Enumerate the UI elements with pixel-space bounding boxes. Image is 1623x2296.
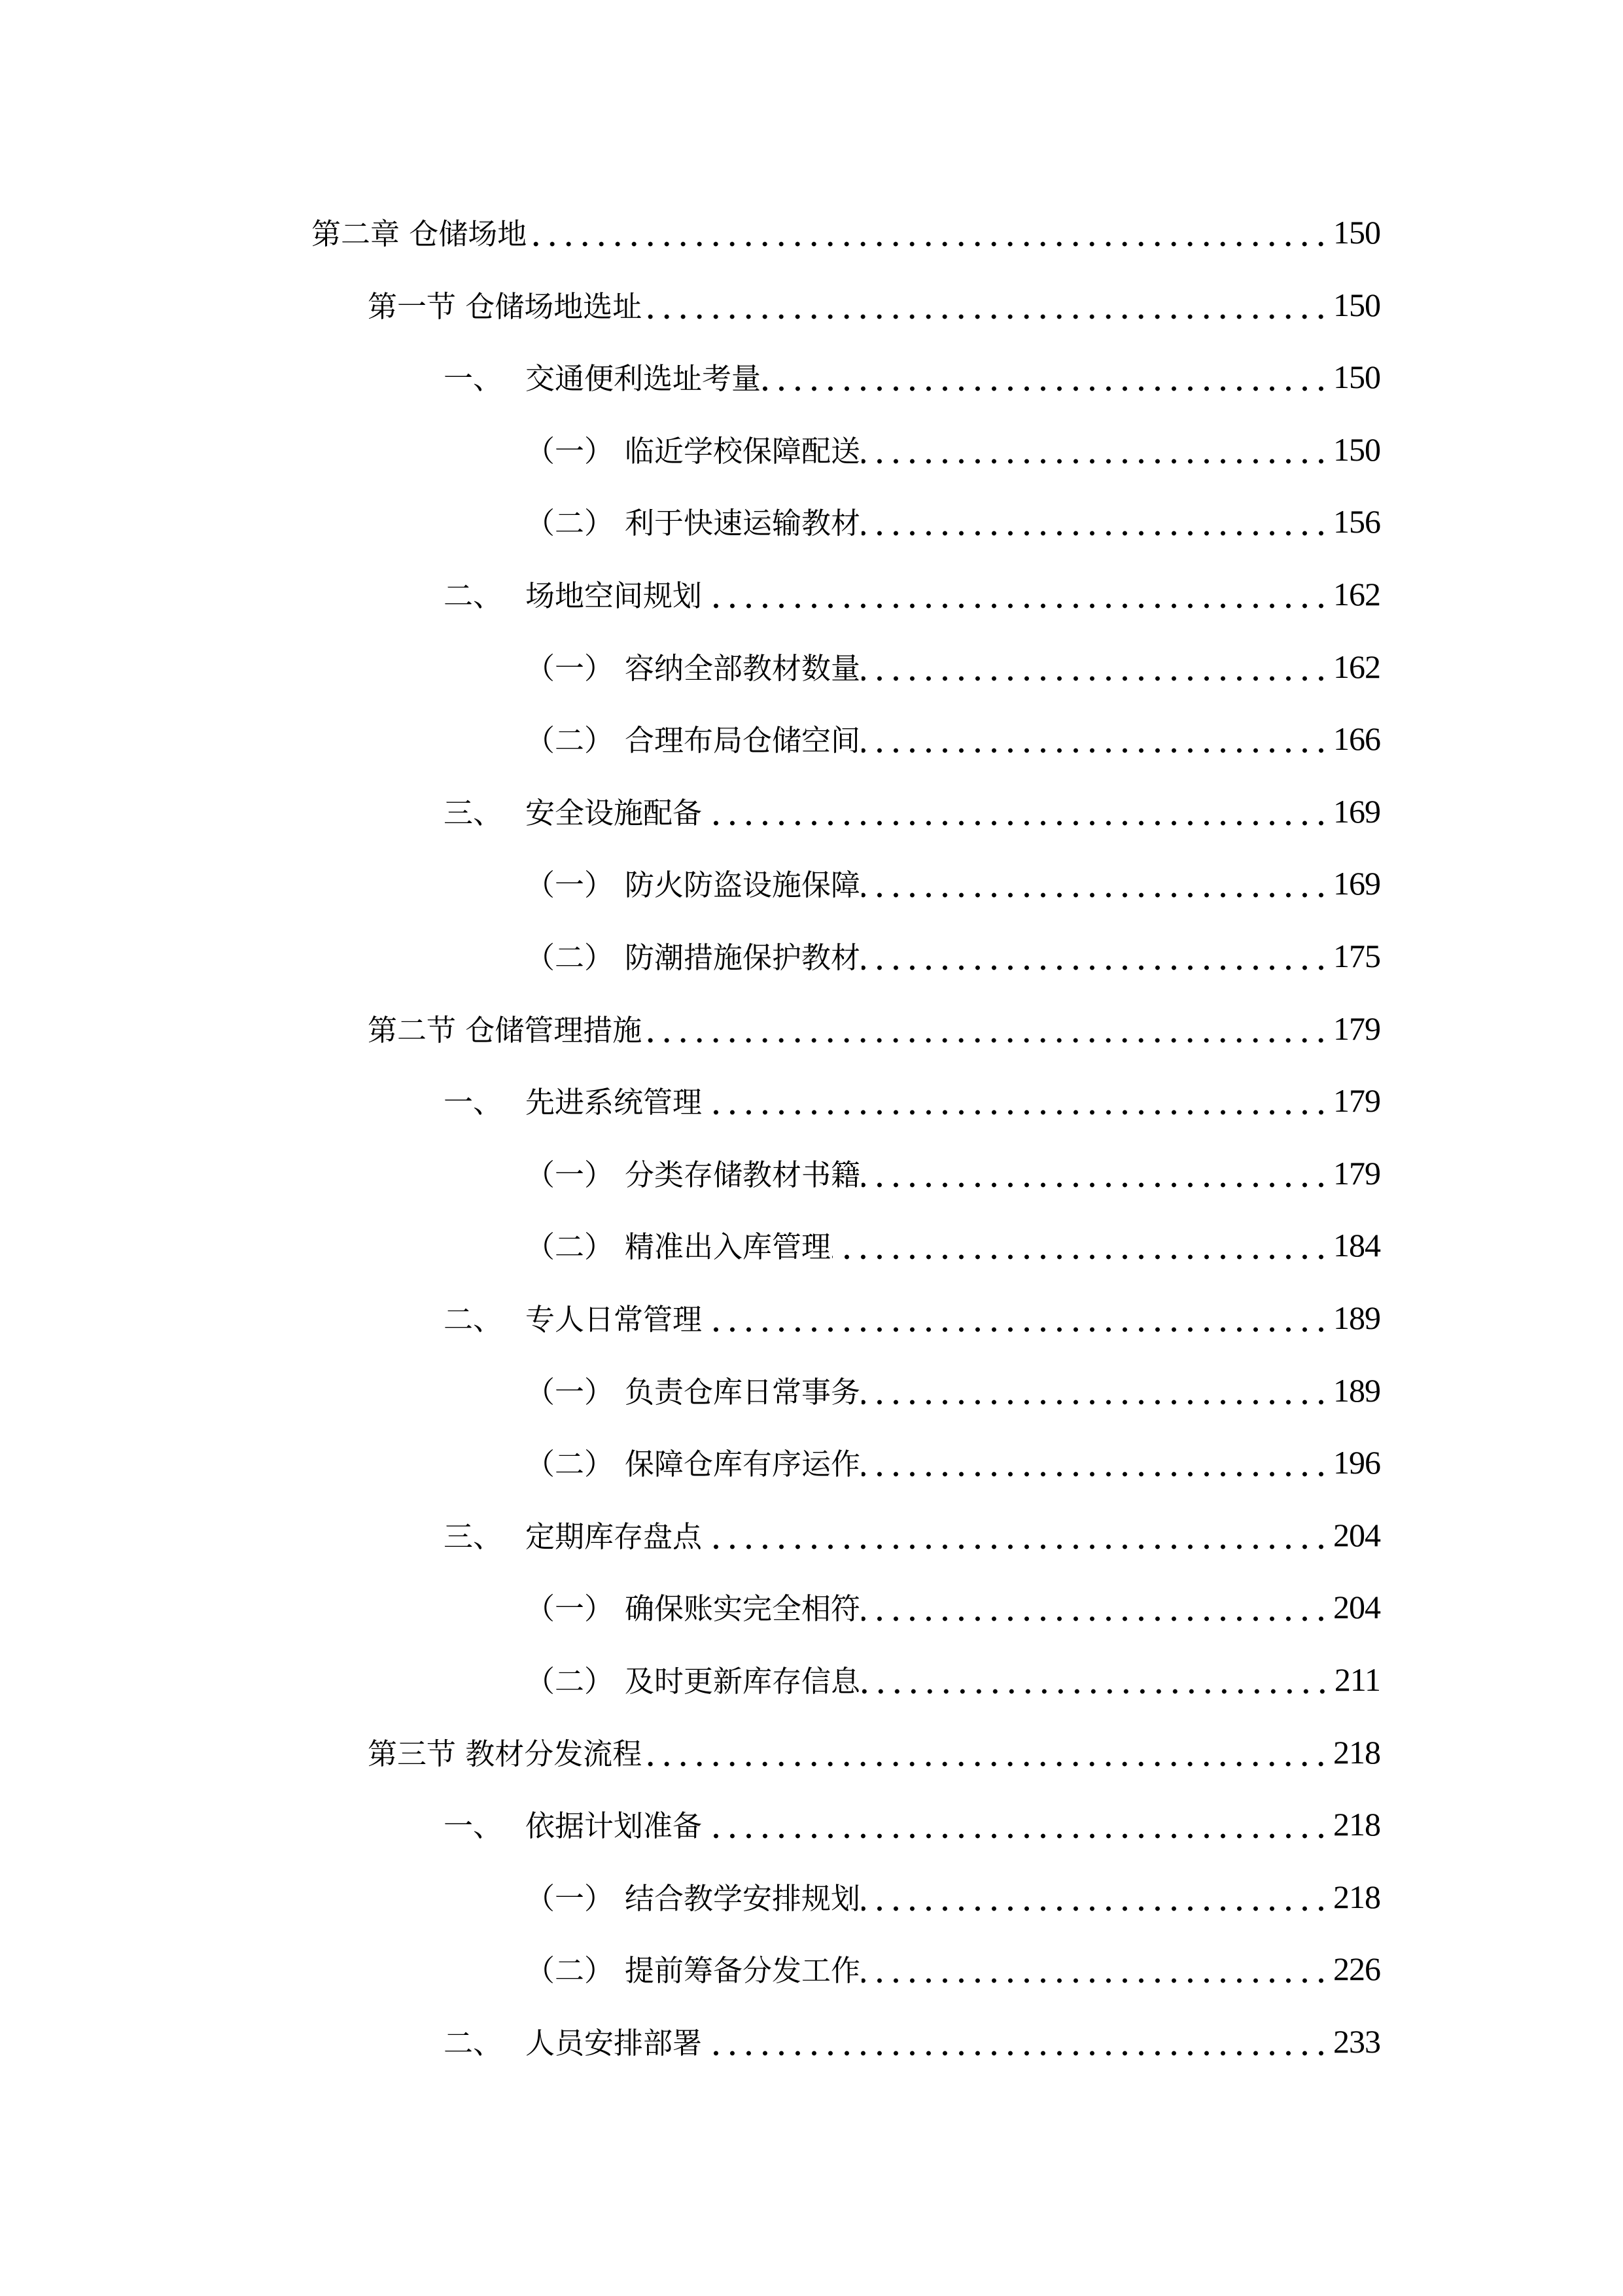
toc-entry-level-2[interactable]: 一、 交通便利选址考量 150 <box>444 341 1380 393</box>
toc-entry-level-3[interactable]: （二） 提前筹备分发工作 226 <box>525 1933 1380 1985</box>
dot-leader <box>862 1471 1329 1477</box>
toc-entry-page-number: 184 <box>1333 1229 1380 1262</box>
dot-leader <box>862 458 1329 465</box>
toc-entry-level-3[interactable]: （二） 利于快速运输教材 156 <box>525 486 1380 538</box>
dot-leader <box>643 313 1329 320</box>
toc-entry-level-3[interactable]: （二） 及时更新库存信息 211 <box>525 1644 1380 1696</box>
toc-entry-level-1[interactable]: 第一节 仓储场地选址 150 <box>368 269 1380 321</box>
toc-entry-title: 先进系统管理 <box>525 1087 702 1117</box>
toc-entry-marker: （二） <box>525 726 625 755</box>
toc-entry-marker: （一） <box>525 1884 625 1913</box>
toc-entry-marker: （二） <box>525 1232 625 1262</box>
toc-entry-marker: 二、 <box>444 2028 525 2058</box>
toc-entry-page-number: 179 <box>1333 1157 1380 1190</box>
toc-entry-title: 临近学校保障配送 <box>625 436 860 466</box>
toc-entry-title: 场地空间规划 <box>525 581 702 610</box>
toc-entry-title: 定期库存盘点 <box>525 1522 702 1551</box>
toc-entry-title: 安全设施配备 <box>525 798 702 828</box>
toc-entry-title: 第三节 教材分发流程 <box>368 1739 642 1769</box>
toc-entry-level-3[interactable]: （一） 防火防盗设施保障 169 <box>525 847 1380 900</box>
toc-entry-title: 专人日常管理 <box>525 1305 702 1334</box>
toc-entry-title: 及时更新库存信息 <box>625 1667 860 1696</box>
toc-entry-marker: （一） <box>525 1160 625 1190</box>
toc-entry-page-number: 156 <box>1333 505 1380 538</box>
toc-entry-marker: 一、 <box>444 364 525 393</box>
dot-leader <box>862 1182 1329 1188</box>
toc-entry-marker: 一、 <box>444 1811 525 1841</box>
toc-entry-title: 防潮措施保护教材 <box>625 943 860 972</box>
toc-entry-marker: （二） <box>525 508 625 538</box>
toc-entry-page-number: 218 <box>1333 1881 1380 1913</box>
toc-entry-page-number: 162 <box>1333 650 1380 683</box>
toc-entry-level-2[interactable]: 一、 依据计划准备 218 <box>444 1788 1380 1841</box>
toc-entry-title: 合理布局仓储空间 <box>625 726 860 755</box>
toc-entry-marker: （一） <box>525 654 625 683</box>
toc-entry-level-2[interactable]: 三、 定期库存盘点 204 <box>444 1499 1380 1551</box>
toc-entry-level-2[interactable]: 二、 专人日常管理 189 <box>444 1282 1380 1334</box>
toc-entry-page-number: 175 <box>1333 940 1380 972</box>
toc-entry-page-number: 218 <box>1333 1808 1380 1841</box>
dot-leader <box>528 241 1329 247</box>
toc-entry-marker: （一） <box>525 870 625 900</box>
toc-entry-marker: 一、 <box>444 1087 525 1117</box>
toc-entry-level-3[interactable]: （二） 合理布局仓储空间 166 <box>525 703 1380 755</box>
toc-entry-level-3[interactable]: （一） 结合教学安排规划 218 <box>525 1861 1380 1913</box>
toc-entry-marker: （一） <box>525 436 625 466</box>
toc-entry-title: 容纳全部教材数量 <box>625 654 860 683</box>
dot-leader <box>862 530 1329 537</box>
toc-entry-title: 利于快速运输教材 <box>625 508 860 538</box>
toc-entry-page-number: 233 <box>1333 2025 1380 2058</box>
dot-leader <box>862 747 1329 754</box>
toc-entry-level-3[interactable]: （二） 精准出入库管理 184 <box>525 1209 1380 1262</box>
toc-entry-level-1[interactable]: 第三节 教材分发流程 218 <box>368 1716 1380 1769</box>
toc-entry-marker: 三、 <box>444 1522 525 1551</box>
toc-entry-title: 确保账实完全相符 <box>625 1594 860 1623</box>
dot-leader <box>703 1326 1329 1333</box>
toc-entry-title: 依据计划准备 <box>525 1811 702 1841</box>
dot-leader <box>703 820 1329 826</box>
toc-entry-marker: 二、 <box>444 1305 525 1334</box>
toc-entry-title: 分类存储教材书籍 <box>625 1160 860 1190</box>
dot-leader <box>862 1905 1329 1912</box>
toc-entry-level-3[interactable]: （一） 确保账实完全相符 204 <box>525 1571 1380 1623</box>
dot-leader <box>703 2050 1329 2057</box>
toc-entry-page-number: 150 <box>1333 361 1380 393</box>
toc-entry-marker: （二） <box>525 1667 625 1696</box>
dot-leader <box>703 1109 1329 1116</box>
toc-entry-page-number: 189 <box>1333 1301 1380 1334</box>
toc-entry-title: 结合教学安排规划 <box>625 1884 860 1913</box>
toc-entry-level-1[interactable]: 第二节 仓储管理措施 179 <box>368 993 1380 1045</box>
toc-entry-level-2[interactable]: 三、 安全设施配备 169 <box>444 775 1380 828</box>
toc-entry-page-number: 179 <box>1333 1084 1380 1117</box>
toc-entry-page-number: 196 <box>1333 1446 1380 1479</box>
toc-entry-title: 负责仓库日常事务 <box>625 1377 860 1407</box>
toc-entry-level-2[interactable]: 二、 场地空间规划 162 <box>444 558 1380 610</box>
dot-leader <box>643 1761 1329 1767</box>
toc-entry-title: 第二章 仓储场地 <box>311 219 527 249</box>
dot-leader <box>862 1688 1331 1695</box>
toc-entry-page-number: 169 <box>1333 795 1380 828</box>
toc-entry-page-number: 218 <box>1333 1736 1380 1769</box>
dot-leader <box>832 1254 1329 1260</box>
dot-leader <box>862 1399 1329 1405</box>
toc-entry-level-3[interactable]: （一） 临近学校保障配送 150 <box>525 414 1380 466</box>
toc-entry-marker: 二、 <box>444 581 525 610</box>
toc-entry-marker: （二） <box>525 943 625 972</box>
dot-leader <box>762 385 1329 392</box>
toc-entry-page-number: 179 <box>1333 1012 1380 1045</box>
dot-leader <box>703 1833 1329 1839</box>
toc-entry-page-number: 204 <box>1333 1591 1380 1623</box>
toc-entry-page-number: 150 <box>1333 433 1380 466</box>
toc-entry-page-number: 150 <box>1333 289 1380 321</box>
toc-entry-level-3[interactable]: （一） 负责仓库日常事务 189 <box>525 1354 1380 1407</box>
toc-entry-title: 精准出入库管理 <box>625 1232 831 1262</box>
dot-leader <box>703 603 1329 609</box>
toc-entry-marker: （一） <box>525 1377 625 1407</box>
toc-entry-title: 保障仓库有序运作 <box>625 1449 860 1479</box>
toc-entry-level-0[interactable]: 第二章 仓储场地 150 <box>311 196 1380 249</box>
toc-entry-marker: 三、 <box>444 798 525 828</box>
toc-entry-marker: （二） <box>525 1449 625 1479</box>
toc-entry-level-3[interactable]: （二） 保障仓库有序运作 196 <box>525 1426 1380 1479</box>
dot-leader <box>643 1037 1329 1044</box>
toc-entry-page-number: 189 <box>1333 1374 1380 1407</box>
toc-entry-title: 第二节 仓储管理措施 <box>368 1016 642 1045</box>
toc-entry-title: 交通便利选址考量 <box>525 364 761 393</box>
dot-leader <box>862 892 1329 898</box>
toc-entry-title: 提前筹备分发工作 <box>625 1956 860 1985</box>
dot-leader <box>862 1616 1329 1622</box>
toc-entry-page-number: 166 <box>1333 722 1380 755</box>
dot-leader <box>862 1977 1329 1984</box>
toc-entry-level-2[interactable]: 二、 人员安排部署 233 <box>444 2005 1380 2058</box>
toc-entry-level-3[interactable]: （二） 防潮措施保护教材 175 <box>525 920 1380 972</box>
toc-entry-page-number: 226 <box>1333 1952 1380 1985</box>
toc-entry-marker: （一） <box>525 1594 625 1623</box>
dot-leader <box>862 675 1329 682</box>
toc-entry-page-number: 150 <box>1333 216 1380 249</box>
toc-entry-title: 防火防盗设施保障 <box>625 870 860 900</box>
dot-leader <box>703 1544 1329 1550</box>
toc-entry-page-number: 204 <box>1333 1519 1380 1551</box>
toc-entry-level-2[interactable]: 一、 先进系统管理 179 <box>444 1065 1380 1117</box>
dot-leader <box>862 964 1329 971</box>
toc-entry-marker: （二） <box>525 1956 625 1985</box>
toc-entry-level-3[interactable]: （一） 分类存储教材书籍 179 <box>525 1137 1380 1190</box>
toc-entry-page-number: 211 <box>1335 1663 1380 1696</box>
toc-entry-level-3[interactable]: （一） 容纳全部教材数量 162 <box>525 631 1380 683</box>
toc-entry-page-number: 169 <box>1333 867 1380 900</box>
toc-entry-title: 第一节 仓储场地选址 <box>368 292 642 321</box>
toc-entry-page-number: 162 <box>1333 578 1380 610</box>
toc-entry-title: 人员安排部署 <box>525 2028 702 2058</box>
